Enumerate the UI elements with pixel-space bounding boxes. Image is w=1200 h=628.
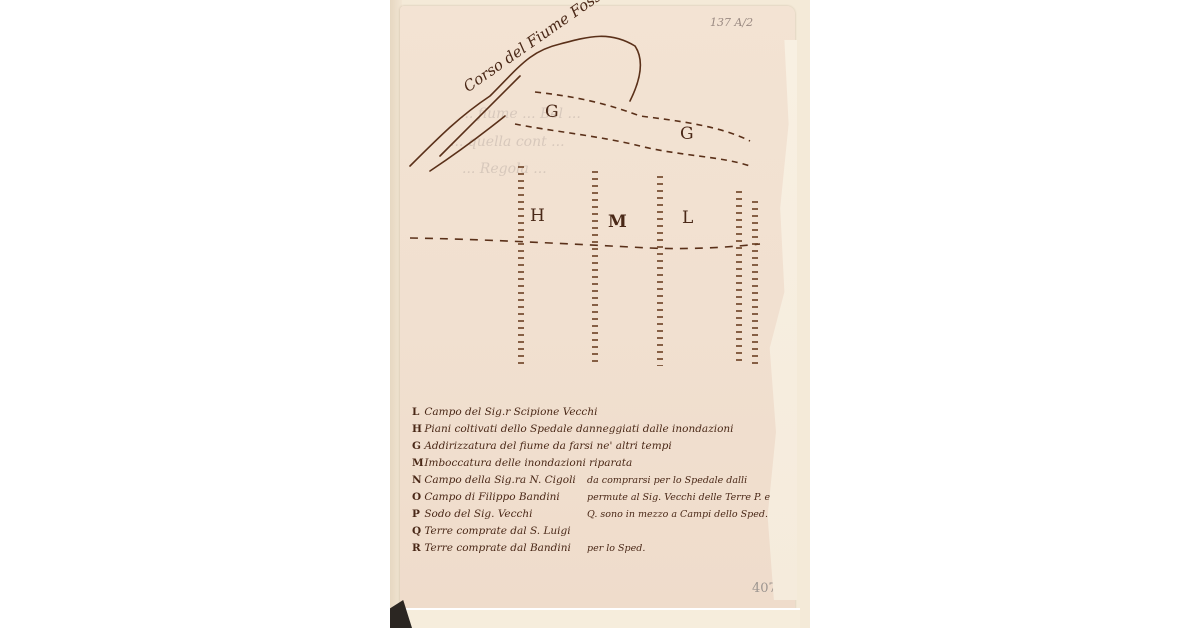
page-edge [400, 608, 800, 628]
legend-row: L Campo del Sig.r Scipione Vecchi [412, 404, 782, 421]
legend-row: N Campo della Sig.ra N. Cigoli da compra… [412, 472, 782, 489]
legend-row: M Imboccatura delle inondazioni riparata [412, 455, 782, 472]
field-boundary [736, 191, 742, 361]
region-label-l: L [682, 208, 693, 228]
legend-row: Q Terre comprate dal S. Luigi [412, 523, 782, 540]
region-label-g: G [680, 124, 694, 144]
legend-row: H Piani coltivati dello Spedale danneggi… [412, 421, 782, 438]
field-boundary [518, 166, 524, 366]
legend-row: O Campo di Filippo Bandini permute al Si… [412, 489, 782, 506]
map-legend: L Campo del Sig.r Scipione Vecchi H Pian… [412, 404, 782, 557]
legend-row: R Terre comprate dal Bandini per lo Sped… [412, 540, 782, 557]
field-boundary [752, 201, 758, 366]
manuscript-page: 137 A/2 ... fiume ... Bel ... ... quella… [400, 6, 795, 610]
region-label-h: H [530, 206, 545, 226]
legend-row: G Addirizzatura del fiume da farsi ne' a… [412, 438, 782, 455]
field-boundary [657, 176, 663, 366]
manuscript-scan: 137 A/2 ... fiume ... Bel ... ... quella… [390, 0, 810, 628]
legend-row: P Sodo del Sig. Vecchi Q. sono in mezzo … [412, 506, 782, 523]
field-boundary [592, 171, 598, 366]
region-label-m: M [608, 212, 627, 232]
region-label-g: G [545, 102, 559, 122]
